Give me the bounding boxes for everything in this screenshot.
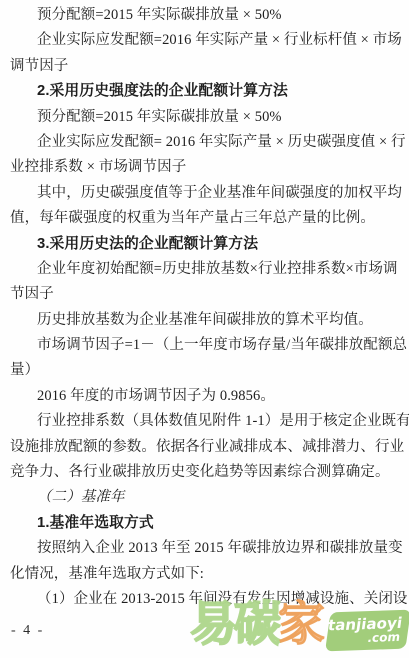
heading-line: 1.基准年选取方式 xyxy=(10,511,400,536)
text-line: 企业实际应发配额=2016 年实际产量 × 行业标杆值 × 市场 xyxy=(10,28,400,53)
text-line: 业控排系数 × 市场调节因子 xyxy=(10,155,400,180)
text-line: 历史排放基数为企业基准年间碳排放的算术平均值。 xyxy=(10,308,400,333)
text-line: 量） xyxy=(10,358,400,383)
document-body: 预分配额=2015 年实际碳排放量 × 50%企业实际应发配额=2016 年实际… xyxy=(10,3,400,612)
text-line: 按照纳入企业 2013 年至 2015 年碳排放边界和碳排放量变 xyxy=(10,536,400,561)
watermark-domain-name: tanjiaoyi xyxy=(327,615,403,634)
text-line: 节因子 xyxy=(10,282,400,307)
watermark-domain-badge: tanjiaoyi .com xyxy=(325,610,409,652)
text-line: 市场调节因子=1－（上一年度市场存量/当年碳排放配额总 xyxy=(10,333,400,358)
text-line: 调节因子 xyxy=(10,54,400,79)
text-line: 预分配额=2015 年实际碳排放量 × 50% xyxy=(10,3,400,28)
text-line: （1）企业在 2013-2015 年间没有发生因增减设施、关闭设 xyxy=(10,587,400,612)
watermark-domain-tld: .com xyxy=(367,631,401,645)
page-number: - 4 - xyxy=(11,623,44,639)
heading-line: 2.采用历史强度法的企业配额计算方法 xyxy=(10,79,400,104)
text-line: 竞争力、各行业碳排放历史变化趋势等因素综合测算确定。 xyxy=(10,460,400,485)
text-line: 企业实际应发配额= 2016 年实际产量 × 历史碳强度值 × 行 xyxy=(10,130,400,155)
text-line: 预分配额=2015 年实际碳排放量 × 50% xyxy=(10,105,400,130)
text-line: 化情况，基准年选取方式如下: xyxy=(10,562,400,587)
text-line: 其中，历史碳强度值等于企业基准年间碳强度的加权平均 xyxy=(10,181,400,206)
text-line: 值，每年碳强度的权重为当年产量占三年总产量的比例。 xyxy=(10,206,400,231)
text-line: 2016 年度的市场调节因子为 0.9856。 xyxy=(10,384,400,409)
text-line: 设施排放配额的参数。依据各行业减排成本、减排潜力、行业 xyxy=(10,435,400,460)
text-line: 企业年度初始配额=历史排放基数×行业控排系数×市场调 xyxy=(10,257,400,282)
scanned-document-page: 预分配额=2015 年实际碳排放量 × 50%企业实际应发配额=2016 年实际… xyxy=(0,0,409,658)
text-line: 行业控排系数（具体数值见附件 1-1）是用于核定企业既有 xyxy=(10,409,400,434)
heading-line: 3.采用历史法的企业配额计算方法 xyxy=(10,232,400,257)
text-line: （二）基准年 xyxy=(10,485,400,510)
